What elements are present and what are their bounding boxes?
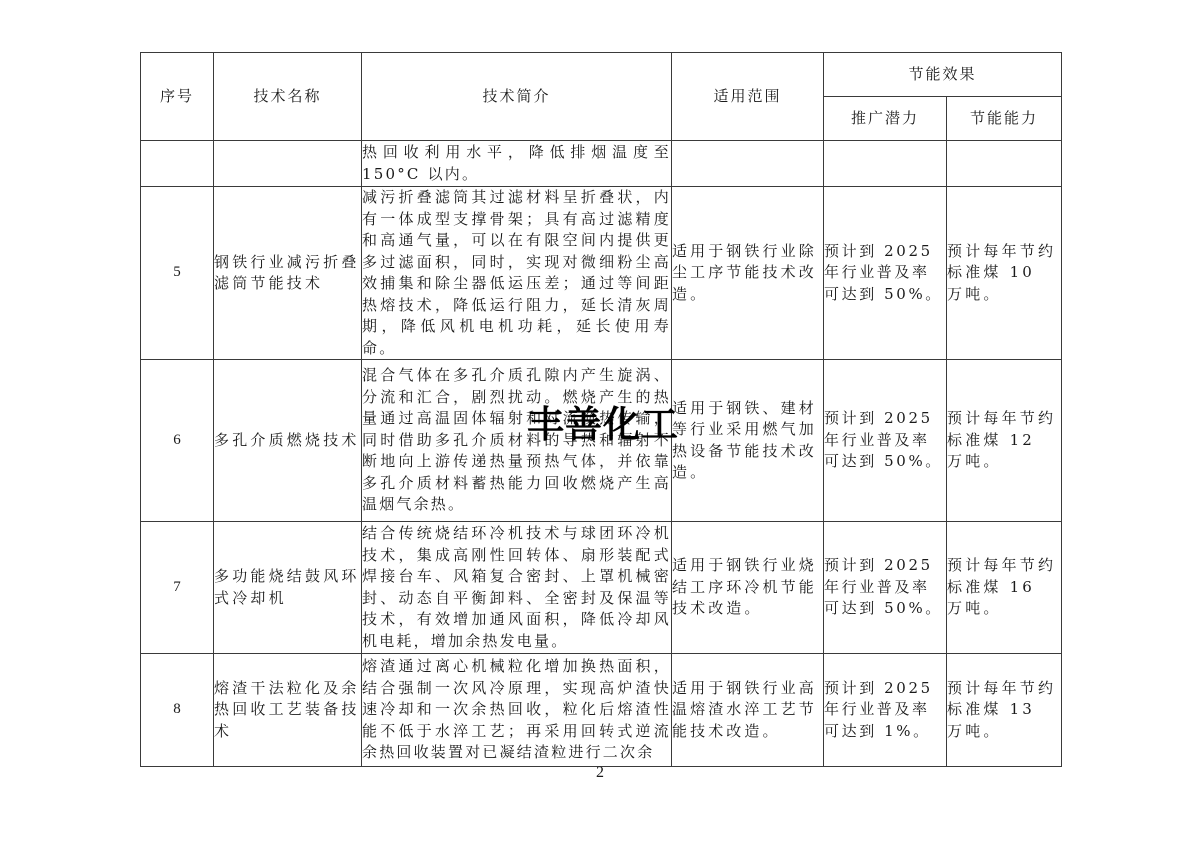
cell-index: 5 bbox=[141, 187, 214, 360]
cell-capacity bbox=[947, 141, 1062, 187]
cell-capacity: 预计每年节约标准煤 13 万吨。 bbox=[947, 654, 1062, 767]
cell-name: 熔渣干法粒化及余热回收工艺装备技术 bbox=[214, 654, 362, 767]
cell-description: 减污折叠滤筒其过滤材料呈折叠状，内有一体成型支撑骨架；具有高过滤精度和高通气量，… bbox=[362, 187, 672, 360]
header-effect-group: 节能效果 bbox=[824, 53, 1062, 97]
cell-scope: 适用于钢铁行业除尘工序节能技术改造。 bbox=[672, 187, 824, 360]
cell-index: 8 bbox=[141, 654, 214, 767]
cell-capacity: 预计每年节约标准煤 16 万吨。 bbox=[947, 522, 1062, 654]
cell-description: 热回收利用水平，降低排烟温度至 150°C 以内。 bbox=[362, 141, 672, 187]
cell-name: 钢铁行业减污折叠滤筒节能技术 bbox=[214, 187, 362, 360]
cell-potential: 预计到 2025 年行业普及率可达到 50%。 bbox=[824, 360, 947, 522]
cell-index: 6 bbox=[141, 360, 214, 522]
header-scope: 适用范围 bbox=[672, 53, 824, 141]
document-page: 序号 技术名称 技术简介 适用范围 节能效果 推广潜力 节能能力 热回收利用水平… bbox=[0, 0, 1200, 848]
cell-name: 多功能烧结鼓风环式冷却机 bbox=[214, 522, 362, 654]
header-description: 技术简介 bbox=[362, 53, 672, 141]
cell-capacity: 预计每年节约标准煤 12 万吨。 bbox=[947, 360, 1062, 522]
page-number: 2 bbox=[0, 764, 1200, 782]
cell-scope: 适用于钢铁、建材等行业采用燃气加热设备节能技术改造。 bbox=[672, 360, 824, 522]
cell-index bbox=[141, 141, 214, 187]
watermark: 丰善化工 bbox=[527, 403, 679, 447]
table-row-continuation: 热回收利用水平，降低排烟温度至 150°C 以内。 bbox=[141, 141, 1062, 187]
cell-name: 多孔介质燃烧技术 bbox=[214, 360, 362, 522]
table-row: 7 多功能烧结鼓风环式冷却机 结合传统烧结环冷机技术与球团环冷机技术，集成高刚性… bbox=[141, 522, 1062, 654]
cell-scope: 适用于钢铁行业烧结工序环冷机节能技术改造。 bbox=[672, 522, 824, 654]
cell-index: 7 bbox=[141, 522, 214, 654]
header-index: 序号 bbox=[141, 53, 214, 141]
cell-scope: 适用于钢铁行业高温熔渣水淬工艺节能技术改造。 bbox=[672, 654, 824, 767]
table-row: 8 熔渣干法粒化及余热回收工艺装备技术 熔渣通过离心机械粒化增加换热面积，结合强… bbox=[141, 654, 1062, 767]
header-name: 技术名称 bbox=[214, 53, 362, 141]
cell-name bbox=[214, 141, 362, 187]
cell-capacity: 预计每年节约标准煤 10 万吨。 bbox=[947, 187, 1062, 360]
cell-description: 结合传统烧结环冷机技术与球团环冷机技术，集成高刚性回转体、扇形装配式焊接台车、风… bbox=[362, 522, 672, 654]
cell-scope bbox=[672, 141, 824, 187]
cell-potential bbox=[824, 141, 947, 187]
header-potential: 推广潜力 bbox=[824, 97, 947, 141]
table-row: 5 钢铁行业减污折叠滤筒节能技术 减污折叠滤筒其过滤材料呈折叠状，内有一体成型支… bbox=[141, 187, 1062, 360]
cell-description: 熔渣通过离心机械粒化增加换热面积，结合强制一次风冷原理，实现高炉渣快速冷却和一次… bbox=[362, 654, 672, 767]
header-capacity: 节能能力 bbox=[947, 97, 1062, 141]
cell-potential: 预计到 2025 年行业普及率可达到 1%。 bbox=[824, 654, 947, 767]
cell-potential: 预计到 2025 年行业普及率可达到 50%。 bbox=[824, 187, 947, 360]
cell-potential: 预计到 2025 年行业普及率可达到 50%。 bbox=[824, 522, 947, 654]
